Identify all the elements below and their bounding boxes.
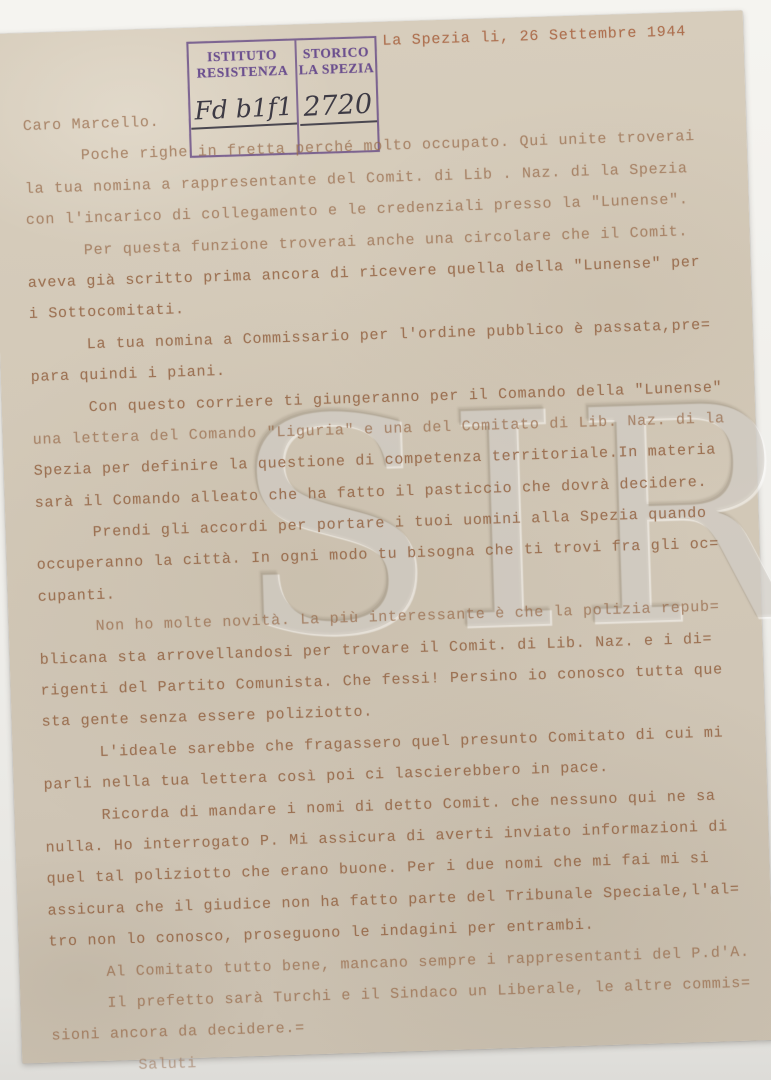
photo-backdrop: S I R La Spezia li, 26 Settembre 1944 IS… [0, 0, 771, 1080]
stamp-institute-line2: RESISTENZA [197, 63, 289, 82]
dateline: La Spezia li, 26 Settembre 1944 [382, 23, 686, 50]
letter-body: Caro Marcello.Poche righe in fretta perc… [22, 89, 762, 1080]
document-page: S I R La Spezia li, 26 Settembre 1944 IS… [0, 10, 771, 1063]
stamp-institute-line4: LA SPEZIA [298, 60, 374, 78]
